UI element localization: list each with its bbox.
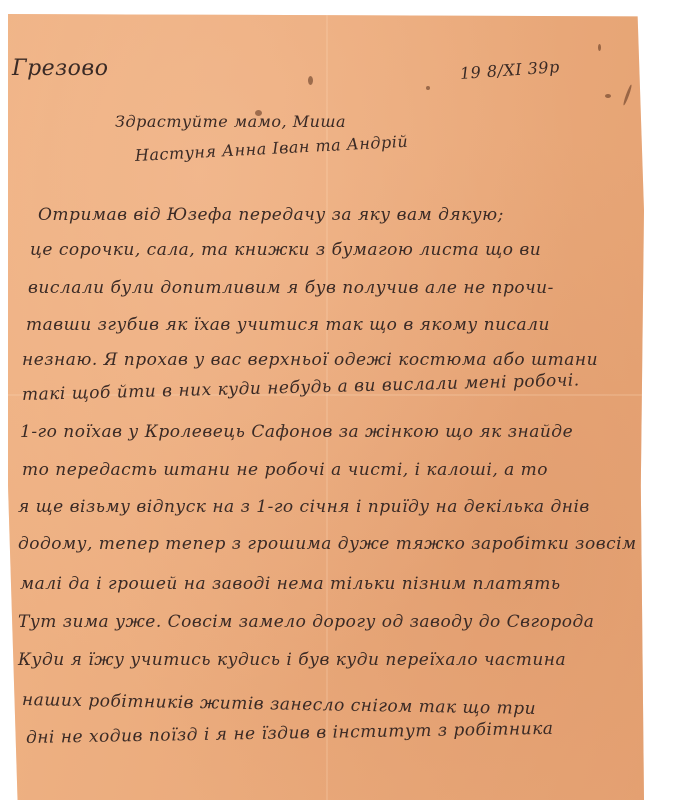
- letter-body-line: 1-го поїхав у Кролевець Сафонов за жінко…: [20, 422, 573, 442]
- letter-body-line: я ще візьму відпуск на з 1-го січня і пр…: [18, 497, 590, 517]
- ink-stain: [426, 86, 430, 90]
- letter-place: Грезово: [12, 56, 108, 81]
- letter-body-line: то передасть штани не робочі а чисті, і …: [22, 460, 548, 480]
- letter-body-line: тавши згубив як їхав учитися так що в як…: [26, 315, 550, 335]
- letter-paper: [8, 14, 644, 800]
- letter-body-line: Отримав від Юзефа передачу за яку вам дя…: [38, 205, 504, 225]
- letter-body-line: Тут зима уже. Совсім замело дорогу од за…: [18, 612, 594, 632]
- letter-body-line: це сорочки, сала, та книжки з бумагою ли…: [30, 240, 541, 260]
- letter-body-line: малі да і грошей на заводі нема тільки п…: [20, 574, 561, 594]
- letter-body-line: додому, тепер тепер з грошима дуже тяжко…: [18, 534, 637, 554]
- ink-stain: [308, 76, 313, 85]
- letter-greeting-line: Здрастуйте мамо, Миша: [115, 112, 346, 131]
- letter-body-line: Куди я їжу учитись кудись і був куди пер…: [18, 650, 566, 670]
- paper-crease: [326, 14, 328, 800]
- ink-stain: [605, 94, 611, 98]
- letter-body-line: вислали були допитливим я був получив ал…: [28, 278, 554, 298]
- ink-stain: [598, 44, 601, 51]
- ink-stain: [622, 84, 632, 106]
- letter-body-line: незнаю. Я прохав у вас верхньої одежі ко…: [22, 350, 598, 370]
